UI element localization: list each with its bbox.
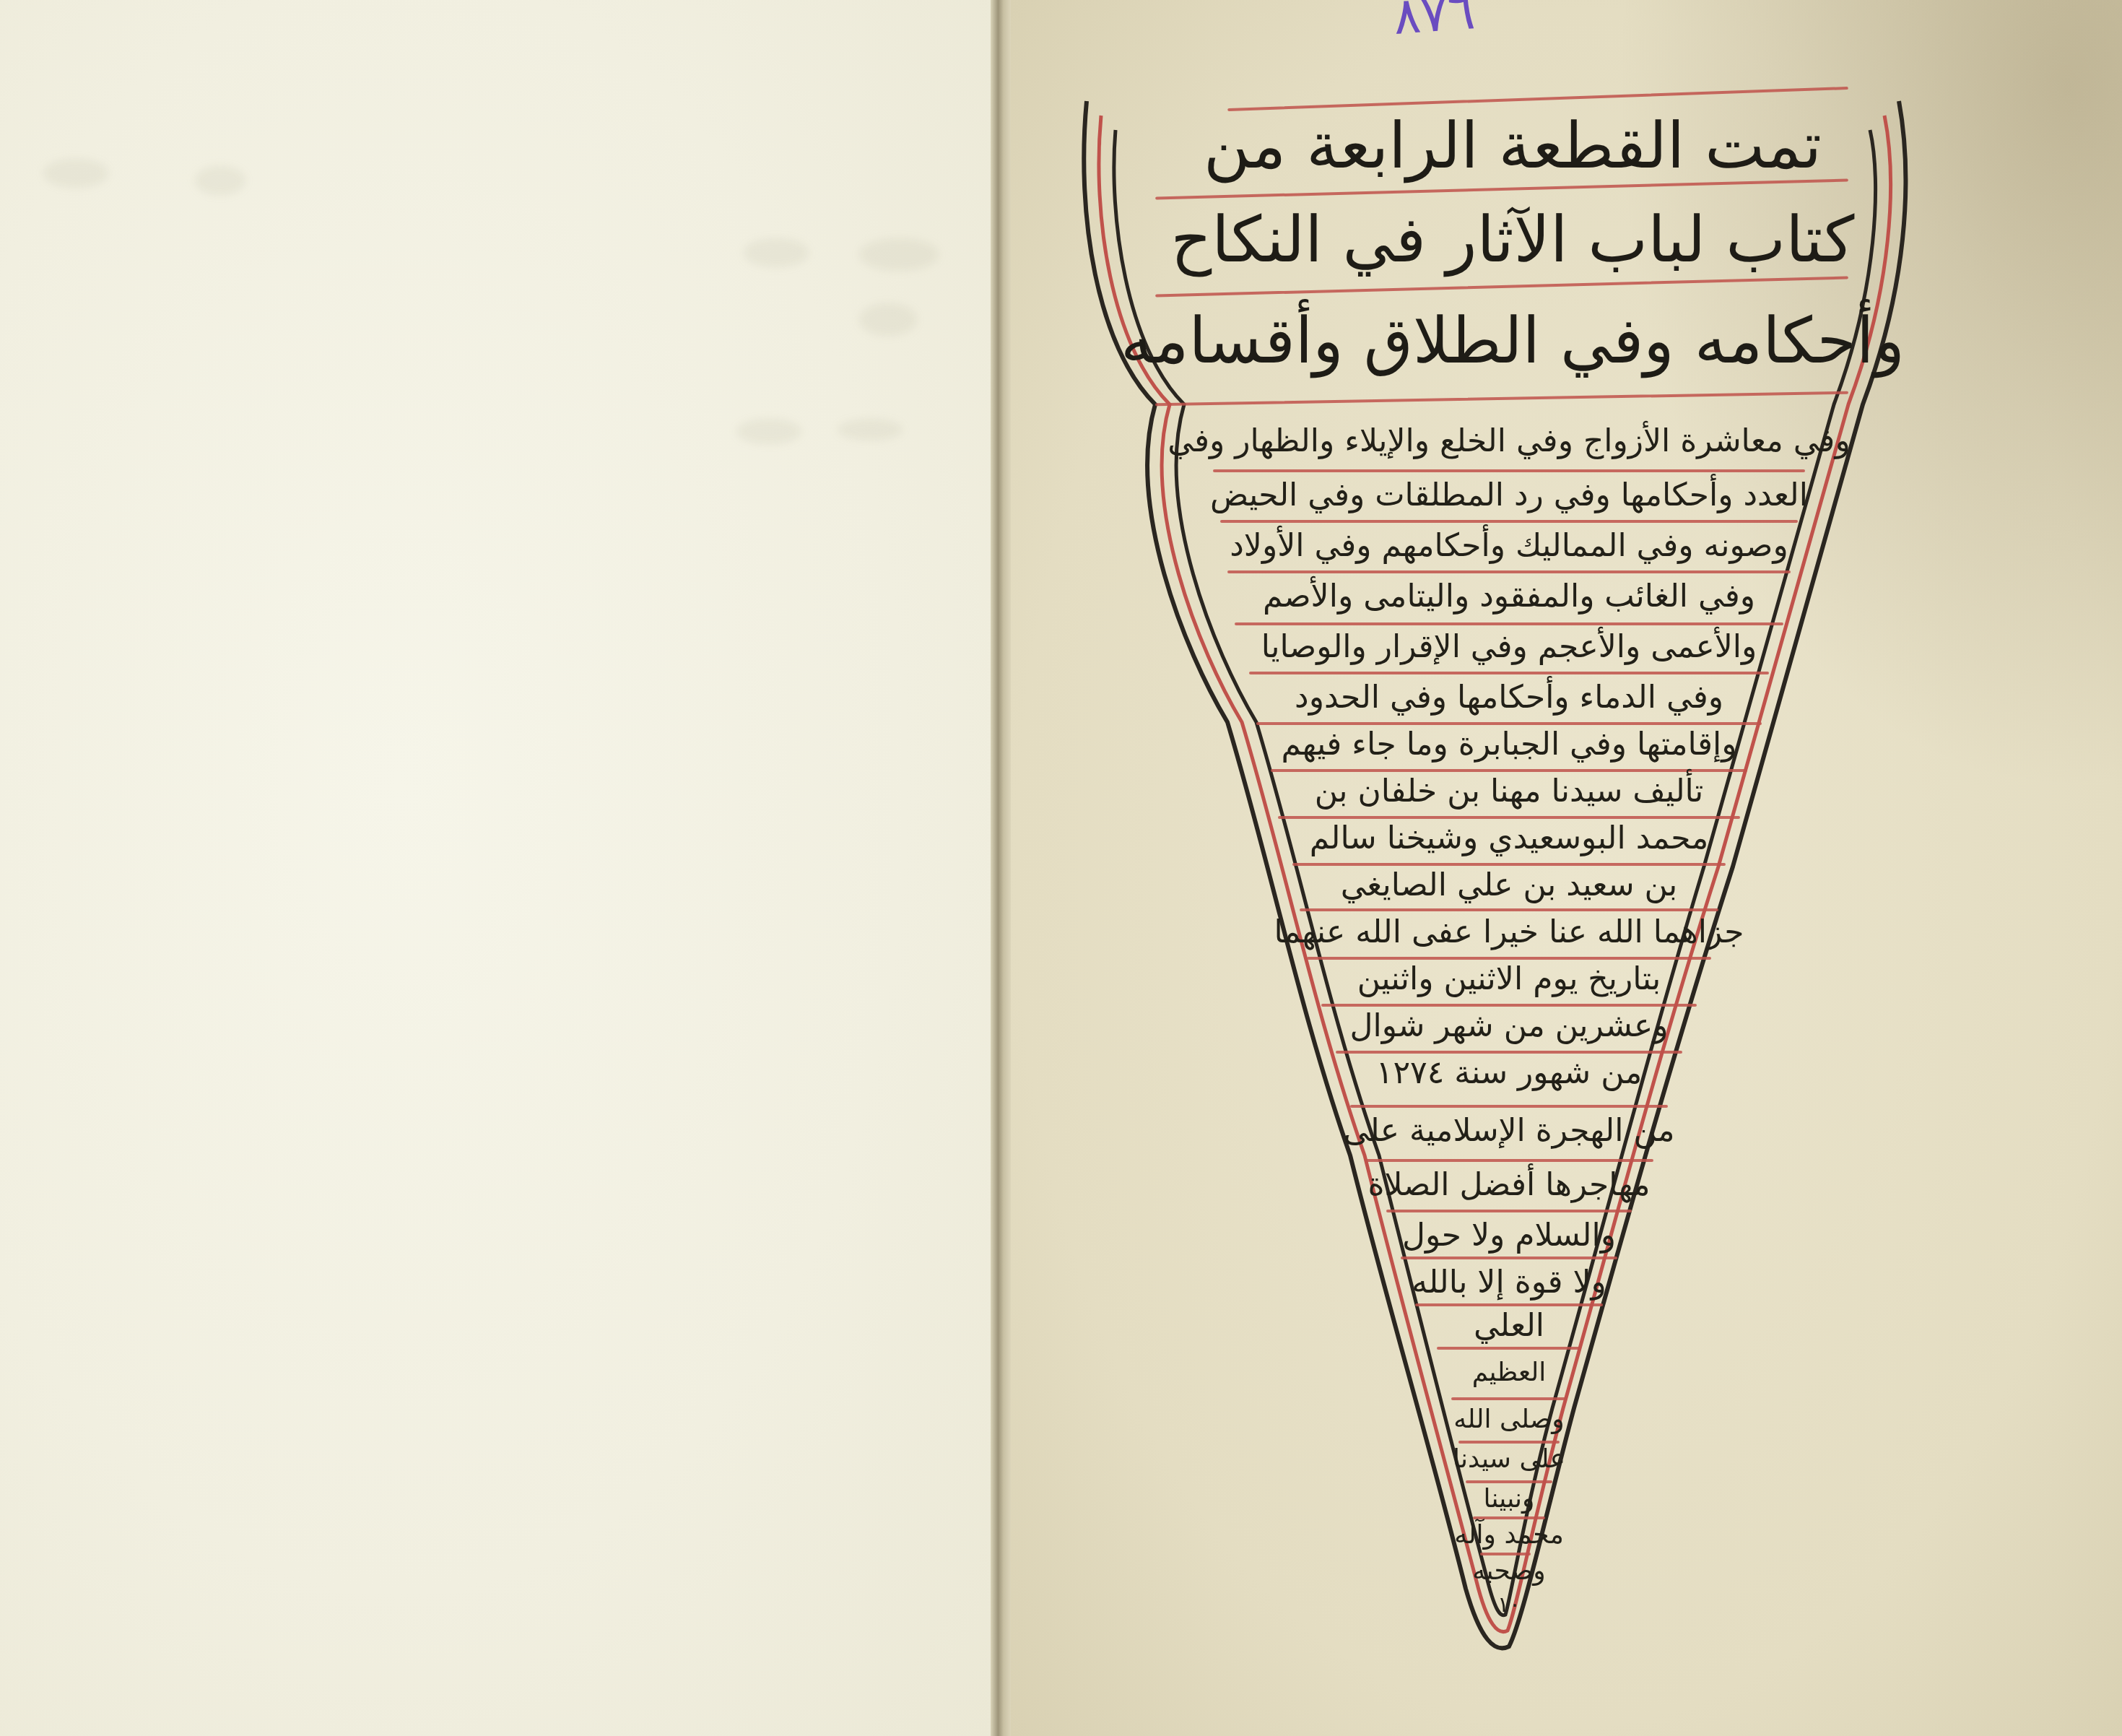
colophon-body-line: وصلى الله [1453,1405,1565,1434]
rubric-line [1278,816,1740,819]
rubric-line [1220,520,1798,523]
rubric-line [1480,1553,1531,1555]
rubric-line [1466,1480,1552,1483]
colophon-body-line: ونبينا [1484,1484,1535,1514]
rubric-line [1458,1441,1560,1444]
colophon-heading-line-3: وأحكامه وفي الطلاق وأقسامه [1121,303,1905,378]
colophon-body-line: والأعمى والأعجم وفي الإقرار والوصايا [1261,628,1757,665]
rubric-line [1401,1257,1617,1259]
colophon-body-line: العدد وأحكامها وفي رد المطلقات وفي الحيض [1210,477,1808,513]
rubric-line [1300,908,1718,911]
rubric-line [1235,622,1783,625]
rubric-line [1227,87,1848,111]
colophon-body-line: ولا قوة إلا بالله [1412,1264,1606,1301]
rubric-line [1249,672,1769,674]
rubric-line [1155,391,1848,407]
colophon-body-line: على سيدنا [1453,1444,1565,1474]
colophon-body-line: محمد وآله [1454,1520,1563,1550]
colophon-body-line: وإقامتها وفي الجبابرة وما جاء فيهم [1281,726,1736,763]
rubric-line [1451,1397,1567,1400]
colophon-body-line: بن سعيد بن علي الصايغي [1341,867,1678,903]
colophon-body-line: محمد البوسعيدي وشيخنا سالم [1310,820,1708,856]
rubric-line [1321,1004,1697,1007]
colophon-body-line: مهاجرها أفضل الصلاة [1367,1166,1650,1203]
colophon-body-line: وفي الغائب والمفقود واليتامى والأصم [1263,578,1755,615]
rubric-line [1336,1051,1682,1054]
rubric-line [1213,469,1805,472]
colophon-heading-line-2: كتاب لباب الآثار في النكاح [1171,202,1855,277]
rubric-line [1155,276,1848,297]
colophon-body-line: وصونه وفي المماليك وأحكامهم وفي الأولاد [1230,527,1788,564]
colophon-body-line: وعشرين من شهر شوال [1349,1007,1668,1044]
colophon-body-line: تأليف سيدنا مهنا بن خلفان بن [1315,773,1703,810]
colophon-heading-line-1: تمت القطعة الرابعة من [1204,108,1822,183]
rubric-line [1437,1347,1581,1350]
colophon-body-line: والسلام ولا حول [1402,1217,1616,1254]
colophon-body-line: جزاهما الله عنا خيرا عفى الله عنهما [1274,913,1744,950]
rubric-line [1307,957,1711,960]
colophon-body-line: وصحبه [1472,1556,1545,1586]
rubric-line [1256,722,1762,725]
rubric-line [1415,1303,1603,1306]
colophon-body-line: العلي [1474,1307,1544,1344]
colophon-body-line: من شهور سنة ١٢٧٤ [1376,1054,1642,1091]
rubric-line [1365,1159,1653,1162]
rubric-line [1350,1105,1668,1108]
colophon-body-line: ١٠ [1497,1592,1521,1618]
rubric-line [1386,1210,1632,1212]
colophon-body-line: العظيم [1472,1358,1547,1387]
rubric-line [1292,863,1726,866]
colophon-body-line: من الهجرة الإسلامية على [1343,1112,1674,1149]
colophon-body-line: بتاريخ يوم الاثنين واثنين [1357,960,1661,997]
rubric-line [1473,1516,1545,1519]
colophon-body-line: وفي معاشرة الأزواج وفي الخلع والإيلاء وا… [1167,422,1850,459]
rubric-line [1271,769,1747,772]
colophon-text: تمت القطعة الرابعة من كتاب لباب الآثار ف… [0,0,2122,1736]
colophon-body-line: وفي الدماء وأحكامها وفي الحدود [1295,679,1723,716]
rubric-line [1227,570,1791,573]
